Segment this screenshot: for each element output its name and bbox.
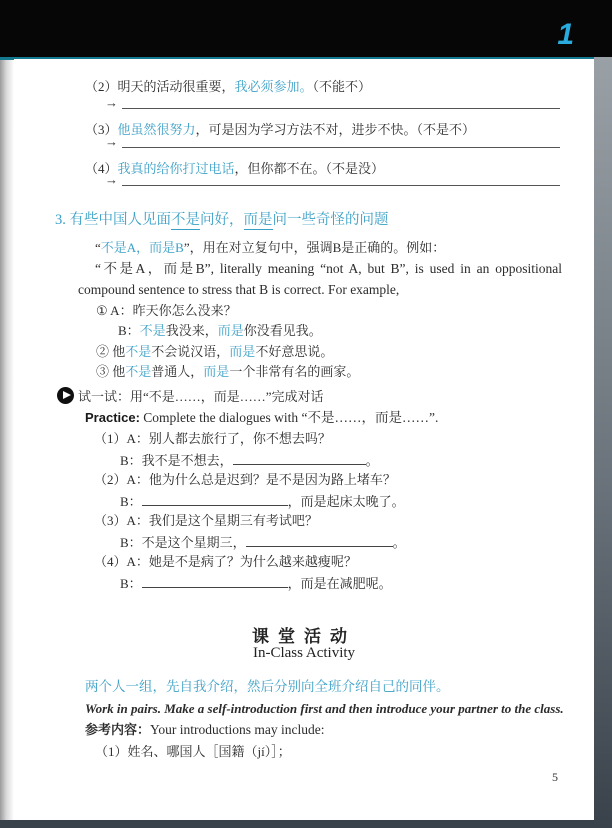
example-3: ③ 他不是普通人，而是一个非常有名的画家。 — [96, 364, 359, 380]
practice-label: Practice: — [85, 410, 140, 425]
example-text: 不好意思说。 — [255, 344, 333, 359]
pattern-sentence: “不是A，而是B”，用在对立复句中，强调B是正确的。例如： — [95, 240, 445, 256]
fill-blank — [142, 575, 288, 588]
answer-rule — [122, 172, 560, 186]
example-text: 普通人， — [151, 364, 203, 379]
dialogue-2-b: B：，而是起床太晚了。 — [120, 493, 405, 510]
example-text: B： — [118, 323, 140, 338]
section-number: 3. — [55, 212, 66, 228]
page-gutter-shadow — [0, 60, 14, 820]
try-it-label: 试一试：用“不是……，而是……”完成对话 — [78, 389, 324, 404]
dialogue-4-b: B：，而是在减肥呢。 — [120, 575, 392, 592]
dialogue-3-a: （3）A：我们是这个星期三有考试吧？ — [94, 513, 318, 529]
practice-row: Practice: Complete the dialogues with “不… — [85, 410, 438, 426]
play-icon — [57, 387, 74, 404]
page-edge-right — [594, 57, 612, 828]
heading-text: 问好， — [200, 212, 244, 228]
example-highlight: 不是 — [125, 364, 151, 379]
try-it-row: 试一试：用“不是……，而是……”完成对话 — [57, 387, 324, 405]
section-heading: 3. 有些中国人见面不是问好，而是问一些奇怪的问题 — [55, 212, 389, 228]
reference-row: 参考内容：Your introductions may include: — [85, 722, 325, 738]
answer-line-3: → — [105, 134, 560, 148]
answer-rule — [122, 95, 560, 109]
dialogue-text: ，而是在减肥呢。 — [288, 576, 392, 591]
dialogue-text: B：我不是不想去， — [120, 453, 233, 468]
heading-text: 问一些奇怪的问题 — [273, 212, 389, 228]
pattern-highlight: 不是A，而是B — [101, 240, 184, 255]
fill-blank — [233, 452, 366, 465]
arrow-icon: → — [105, 97, 118, 109]
item-hint: （不能不） — [313, 79, 372, 94]
example-highlight: 而是 — [229, 344, 255, 359]
fill-blank — [142, 493, 288, 506]
dialogue-1-a: （1）A：别人都去旅行了，你不想去吗？ — [94, 431, 331, 447]
page-number: 5 — [552, 770, 558, 785]
textbook-page: 1 （2）明天的活动很重要，我必须参加。（不能不） → （3）他虽然很努力，可是… — [0, 0, 612, 828]
dialogue-2-a: （2）A：他为什么总是迟到？是不是因为路上堵车？ — [94, 472, 396, 488]
unit-number: 1 — [557, 20, 574, 50]
example-1-b: B：不是我没来，而是你没看见我。 — [118, 323, 322, 339]
dialogue-text: 。 — [393, 535, 406, 550]
arrow-icon: → — [105, 136, 118, 148]
dialogue-text: ，而是起床太晚了。 — [288, 494, 405, 509]
example-text: ② 他 — [96, 344, 125, 359]
item-text: 明天的活动很重要， — [118, 79, 235, 94]
item-number: （2） — [85, 79, 118, 94]
page-edge-bottom — [0, 820, 594, 828]
example-highlight: 不是 — [140, 323, 166, 338]
fill-blank — [246, 534, 393, 547]
heading-underlined: 而是 — [244, 212, 273, 230]
item-highlight: 我必须参加。 — [235, 79, 313, 94]
heading-underlined: 不是 — [171, 212, 200, 230]
arrow-icon: → — [105, 174, 118, 186]
activity-title-zh: 课堂活动 — [14, 622, 594, 647]
dialogue-text: 。 — [366, 453, 379, 468]
dialogue-4-a: （4）A：她是不是病了？为什么越来越瘦呢？ — [94, 554, 357, 570]
activity-instruction-en: Work in pairs. Make a self-introduction … — [85, 701, 564, 717]
explanation-english: “不是A，而是B”, literally meaning “not A, but… — [78, 258, 562, 300]
exercise-item-2: （2）明天的活动很重要，我必须参加。（不能不） — [85, 79, 371, 95]
example-2: ② 他不是不会说汉语，而是不好意思说。 — [96, 344, 333, 360]
example-text: ③ 他 — [96, 364, 125, 379]
dialogue-3-b: B：不是这个星期三，。 — [120, 534, 406, 551]
heading-text: 有些中国人见面 — [70, 212, 172, 228]
activity-instruction-zh: 两个人一组，先自我介绍，然后分别向全班介绍自己的同伴。 — [85, 679, 450, 695]
answer-rule — [122, 134, 560, 148]
example-text: 你没看见我。 — [244, 323, 322, 338]
reference-item-1: （1）姓名、哪国人［国籍（jí）］； — [95, 744, 291, 760]
example-text: 我没来， — [166, 323, 218, 338]
answer-line-4: → — [105, 172, 560, 186]
example-text: 一个非常有名的画家。 — [229, 364, 359, 379]
example-highlight: 不是 — [125, 344, 151, 359]
dialogue-text: B： — [120, 576, 142, 591]
example-highlight: 而是 — [218, 323, 244, 338]
reference-label: 参考内容： — [85, 722, 150, 737]
page-content: （2）明天的活动很重要，我必须参加。（不能不） → （3）他虽然很努力，可是因为… — [14, 59, 594, 820]
top-band — [0, 0, 612, 57]
example-1-a: ① A：昨天你怎么没来？ — [96, 303, 237, 319]
dialogue-text: B： — [120, 494, 142, 509]
dialogue-text: B：不是这个星期三， — [120, 535, 246, 550]
activity-title-en: In-Class Activity — [14, 645, 594, 662]
practice-instruction: Complete the dialogues with “不是……，而是……”. — [140, 410, 438, 425]
dialogue-1-b: B：我不是不想去，。 — [120, 452, 379, 469]
example-text: 不会说汉语， — [151, 344, 229, 359]
pattern-text: ”，用在对立复句中，强调B是正确的。例如： — [184, 240, 445, 255]
example-highlight: 而是 — [203, 364, 229, 379]
answer-line-2: → — [105, 95, 560, 109]
reference-intro: Your introductions may include: — [150, 722, 325, 737]
